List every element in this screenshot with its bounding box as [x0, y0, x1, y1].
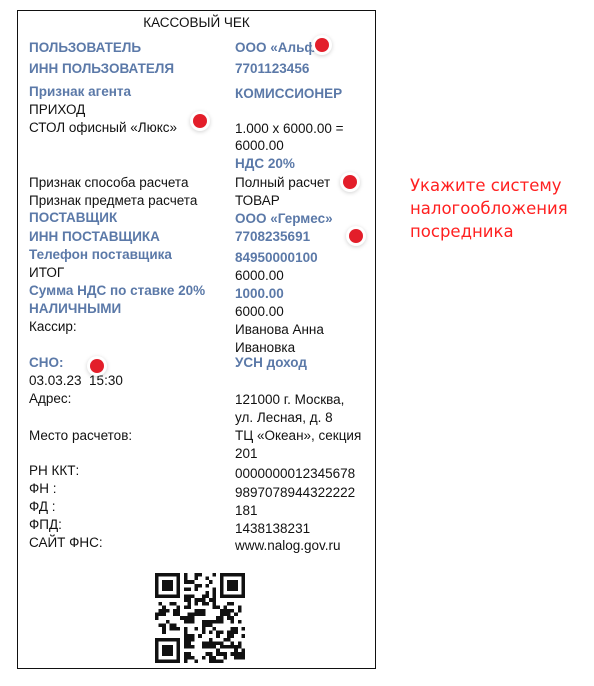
- value-calc-line1: 1.000 x 6000.00 =: [235, 121, 343, 137]
- value-fpd: 1438138231: [235, 521, 310, 537]
- label-supplier-phone: Телефон поставщика: [29, 247, 172, 263]
- value-supplier-inn: 7708235691: [235, 229, 310, 245]
- value-address-line1: 121000 г. Москва,: [235, 392, 344, 408]
- value-vat-sum: 1000.00: [235, 286, 284, 302]
- value-vat: НДС 20%: [235, 156, 295, 172]
- value-payment-subject: ТОВАР: [235, 193, 280, 209]
- hint-line: посредника: [410, 220, 568, 243]
- label-total: ИТОГ: [29, 265, 64, 281]
- label-operation: ПРИХОД: [29, 102, 85, 118]
- value-supplier-phone: 84950000100: [235, 250, 318, 266]
- marker-dot-item[interactable]: [193, 114, 207, 128]
- label-user-inn: ИНН ПОЛЬЗОВАТЕЛЯ: [29, 61, 174, 77]
- label-sno: СНО:: [29, 355, 64, 371]
- label-payment-method-sign: Признак способа расчета: [29, 175, 188, 191]
- label-fd: ФД :: [29, 499, 55, 515]
- label-cashier: Кассир:: [29, 319, 77, 335]
- marker-dot-supplier-inn[interactable]: [349, 229, 363, 243]
- value-cashier-line1: Иванова Анна: [235, 322, 324, 338]
- label-agent-sign: Признак агента: [29, 84, 131, 100]
- value-cashier-line2: Ивановка: [235, 340, 295, 356]
- label-place: Место расчетов:: [29, 428, 132, 444]
- value-supplier: ООО «Гермес»: [235, 211, 333, 227]
- receipt-datetime: 03.03.23 15:30: [29, 373, 123, 389]
- value-place-line1: ТЦ «Океан», секция: [235, 428, 361, 444]
- instruction-hint: Укажите систему налогообложения посредни…: [410, 174, 568, 243]
- value-address-line2: ул. Лесная, д. 8: [235, 410, 333, 426]
- hint-line: налогообложения: [410, 197, 568, 220]
- qr-code-icon: [155, 573, 245, 663]
- label-fns-site: САЙТ ФНС:: [29, 535, 103, 551]
- value-place-line2: 201: [235, 446, 258, 462]
- receipt: КАССОВЫЙ ЧЕК ПОЛЬЗОВАТЕЛЬ ИНН ПОЛЬЗОВАТЕ…: [17, 10, 376, 669]
- value-cash: 6000.00: [235, 304, 284, 320]
- value-agent-sign: КОМИССИОНЕР: [235, 86, 342, 102]
- label-item: СТОЛ офисный «Люкс»: [29, 120, 177, 136]
- value-calc-line2: 6000.00: [235, 138, 284, 154]
- label-supplier: ПОСТАВЩИК: [29, 210, 117, 226]
- label-vat-sum: Сумма НДС по ставке 20%: [29, 283, 205, 299]
- value-total: 6000.00: [235, 268, 284, 284]
- label-payment-subject-sign: Признак предмета расчета: [29, 193, 197, 209]
- label-fn: ФН :: [29, 481, 57, 497]
- marker-dot-sno[interactable]: [90, 359, 104, 373]
- label-cash: НАЛИЧНЫМИ: [29, 301, 121, 317]
- hint-line: Укажите систему: [410, 174, 568, 197]
- value-fns-site: www.nalog.gov.ru: [235, 538, 341, 554]
- label-rn-kkt: РН ККТ:: [29, 463, 79, 479]
- value-fd: 181: [235, 503, 258, 519]
- value-user-inn: 7701123456: [235, 61, 309, 77]
- value-rn-kkt: 0000000012345678: [235, 466, 355, 482]
- receipt-title: КАССОВЫЙ ЧЕК: [18, 15, 375, 30]
- label-supplier-inn: ИНН ПОСТАВЩИКА: [29, 229, 160, 245]
- value-sno: УСН доход: [235, 355, 307, 371]
- label-user: ПОЛЬЗОВАТЕЛЬ: [29, 40, 141, 56]
- value-fn: 9897078944322222: [235, 485, 355, 501]
- value-payment-method: Полный расчет: [235, 175, 330, 191]
- marker-dot-user[interactable]: [315, 38, 329, 52]
- label-fpd: ФПД:: [29, 517, 62, 533]
- marker-dot-payment-method[interactable]: [343, 175, 357, 189]
- label-address: Адрес:: [29, 391, 71, 407]
